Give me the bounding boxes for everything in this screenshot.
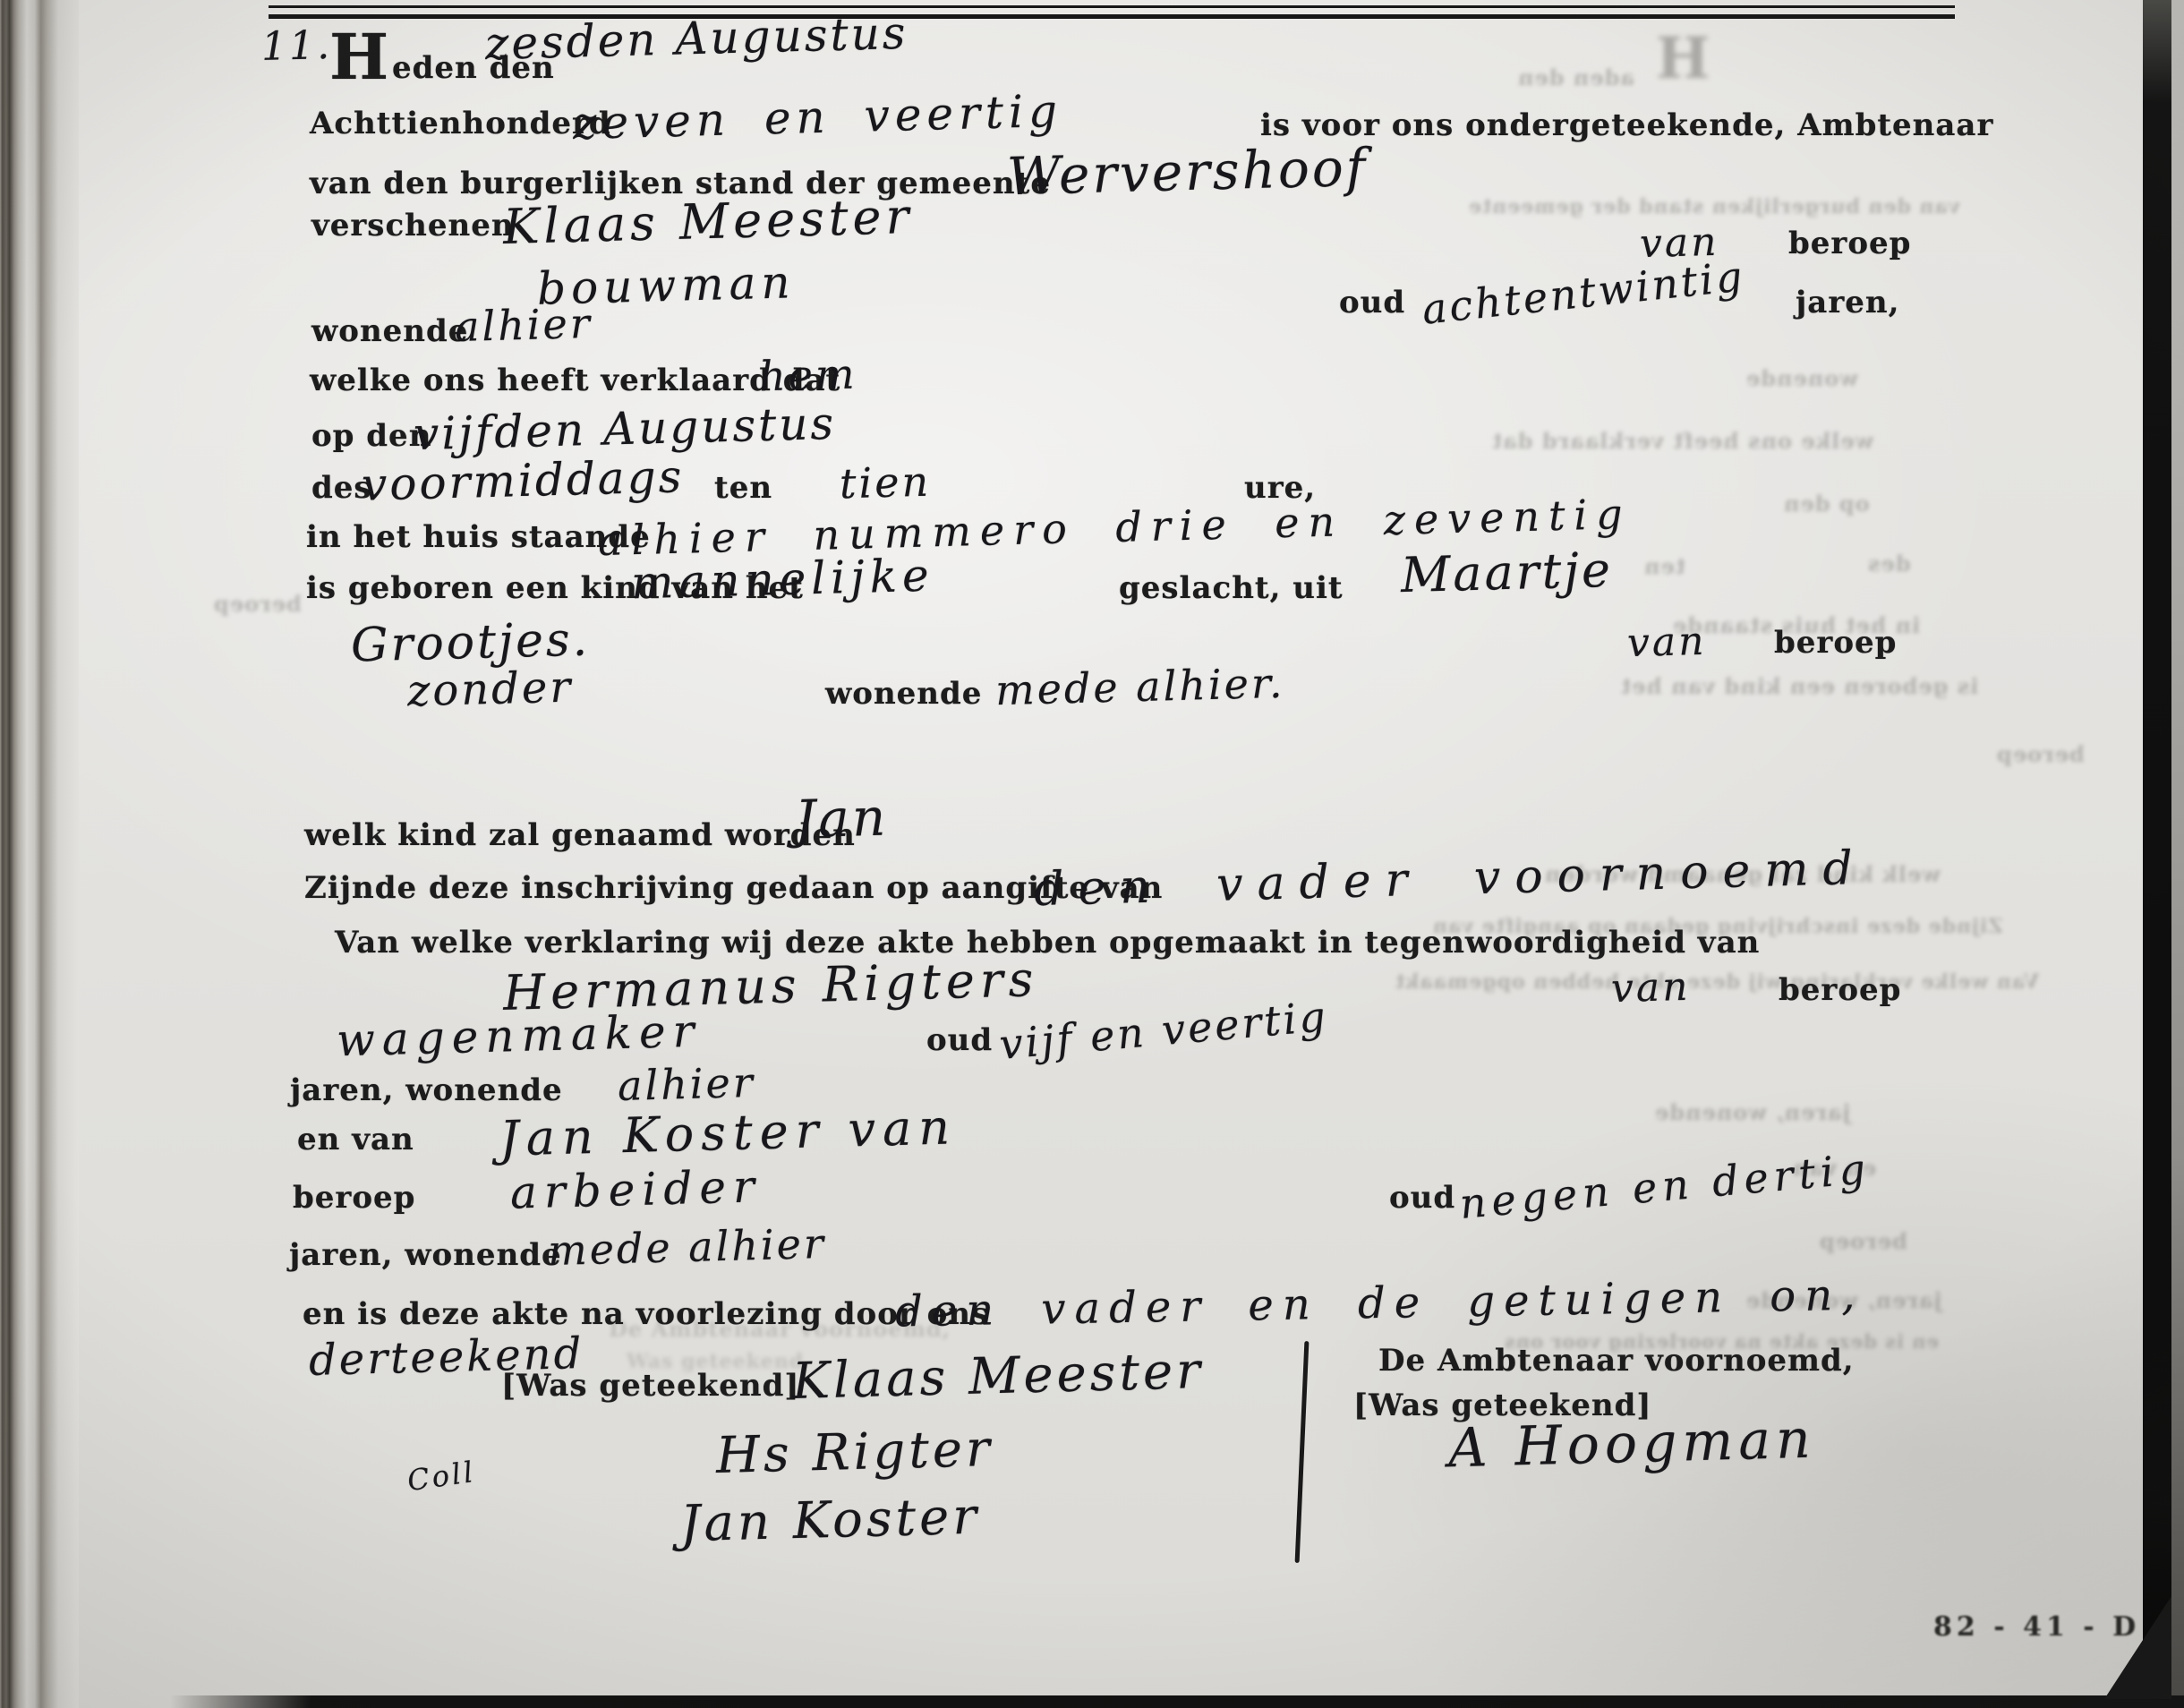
ghost-text: H [1656,25,1711,92]
ghost-text: Van welke verklaring wij deze akte hebbe… [1395,970,2039,994]
ghost-text: des [1867,551,1911,576]
ink-divider-stroke [1295,1341,1310,1563]
printed-wonende-2: wonende [825,676,982,712]
hw-witness2-age: negen en dertig [1458,1144,1873,1228]
hw-father-name: Klaas Meester [502,188,914,255]
printed-reading-clause: en is deze akte na voorlezing door ons [303,1296,989,1332]
hw-birth-hour: tien [839,457,931,508]
ghost-text: jaren, wonende [1654,1099,1850,1125]
printed-was-geteekend-left: [Was geteekend] [501,1368,799,1404]
act-number: 11. [260,22,332,70]
collation-mark: Coll [405,1455,478,1498]
hw-witness1-residence: alhier [617,1058,755,1110]
printed-achttienhonderd: Achttienhonderd [310,106,611,141]
printed-official-clause: is voor ons ondergeteekende, Ambtenaar [1260,107,1993,143]
printed-witnesses-clause: Van welke verklaring wij deze akte hebbe… [335,925,1760,961]
printed-naming-clause: welk kind zal genaamd worden [304,817,856,853]
bottom-scan-shadow [170,1695,2184,1708]
hw-date-day-month: zesden Augustus [484,7,909,70]
ghost-text: ten [1643,553,1685,579]
ghost-text: is geboren een kind van het [1620,673,1978,699]
hw-witness2-residence: mede alhier [547,1219,826,1275]
hw-van-2: van [1626,619,1707,666]
printed-geslacht-uit: geslacht, uit [1119,570,1344,606]
hw-van-3: van [1610,964,1691,1012]
printed-beroep-1: beroep [1788,226,1911,261]
ghost-text: van den burgerlijken stand der gemeente [1468,195,1960,218]
hw-mother-first-name: Maartje [1400,542,1613,603]
printed-oud-2: oud [926,1022,993,1058]
signature-witness1: Hs Rigter [715,1420,994,1485]
ghost-text: aden den [1517,64,1634,90]
hw-witness2-profession: arbeider [509,1160,762,1218]
printed-jaren-wonende-1: jaren, wonende [290,1072,563,1108]
hw-mother-residence: mede alhier. [994,659,1285,714]
ghost-text: wonende [1745,365,1858,391]
hw-child-name: Jan [794,787,889,850]
ghost-text: beroep [1996,741,2085,767]
hw-municipality: Wervershoof [1006,137,1369,208]
ghost-text: welke ons heeft verklaard dat [1491,428,1873,454]
top-rule-upper [269,5,1955,8]
signature-witness2: Jan Koster [679,1488,980,1554]
drop-cap-H: H [329,20,388,94]
next-page-edge [2171,0,2184,1708]
ghost-text: op den [1783,491,1870,517]
page-gutter-shadow [2143,0,2171,1708]
hw-witness2-name: Jan Koster van [499,1098,957,1166]
printed-oud-3: oud [1389,1180,1455,1216]
printed-official-title: De Ambtenaar voornoemd, [1378,1343,1855,1379]
hw-informant: den vader voornoemd [1033,841,1867,917]
archive-stamp: 82 - 41 - D [1933,1611,2140,1643]
ghost-text: beroep [213,591,302,617]
signature-official: A Hoogman [1447,1408,1816,1481]
printed-jaren-1: jaren, [1796,285,1899,320]
hw-witness1-profession: wagenmaker [336,1005,702,1067]
signature-father: Klaas Meester [791,1342,1204,1411]
printed-verschenen: verschenen [311,208,515,243]
hw-birth-day: vijfden Augustus [413,397,836,460]
hw-child-sex: mannelijke [630,550,934,610]
hw-father-age: achtentwintig [1420,252,1747,334]
printed-beroep-3: beroep [1779,972,1901,1008]
hw-mother-profession: zonder [406,662,574,717]
ghost-text: beroep [1819,1228,1907,1254]
printed-jaren-wonende-2: jaren, wonende [289,1237,562,1273]
hw-day-part: voormiddags [361,450,685,510]
birth-record-scan: H aden den van den burgerlijken stand de… [0,0,2184,1708]
book-binding-edge [0,0,79,1708]
printed-en-van: en van [297,1122,414,1157]
printed-wonende-1: wonende [311,313,468,349]
printed-ten: ten [714,470,772,506]
printed-oud-1: oud [1339,285,1405,320]
hw-father-residence: alhier [454,299,593,351]
hw-closing-part1: den vader en de getuigen on, [895,1270,1864,1337]
hw-witness1-age: vijf en veertig [997,992,1329,1069]
hw-declared-that: hem [758,350,857,401]
printed-beroep-4: beroep [293,1180,415,1216]
hw-year: zeven en veertig [572,85,1062,149]
printed-beroep-2: beroep [1774,625,1897,661]
